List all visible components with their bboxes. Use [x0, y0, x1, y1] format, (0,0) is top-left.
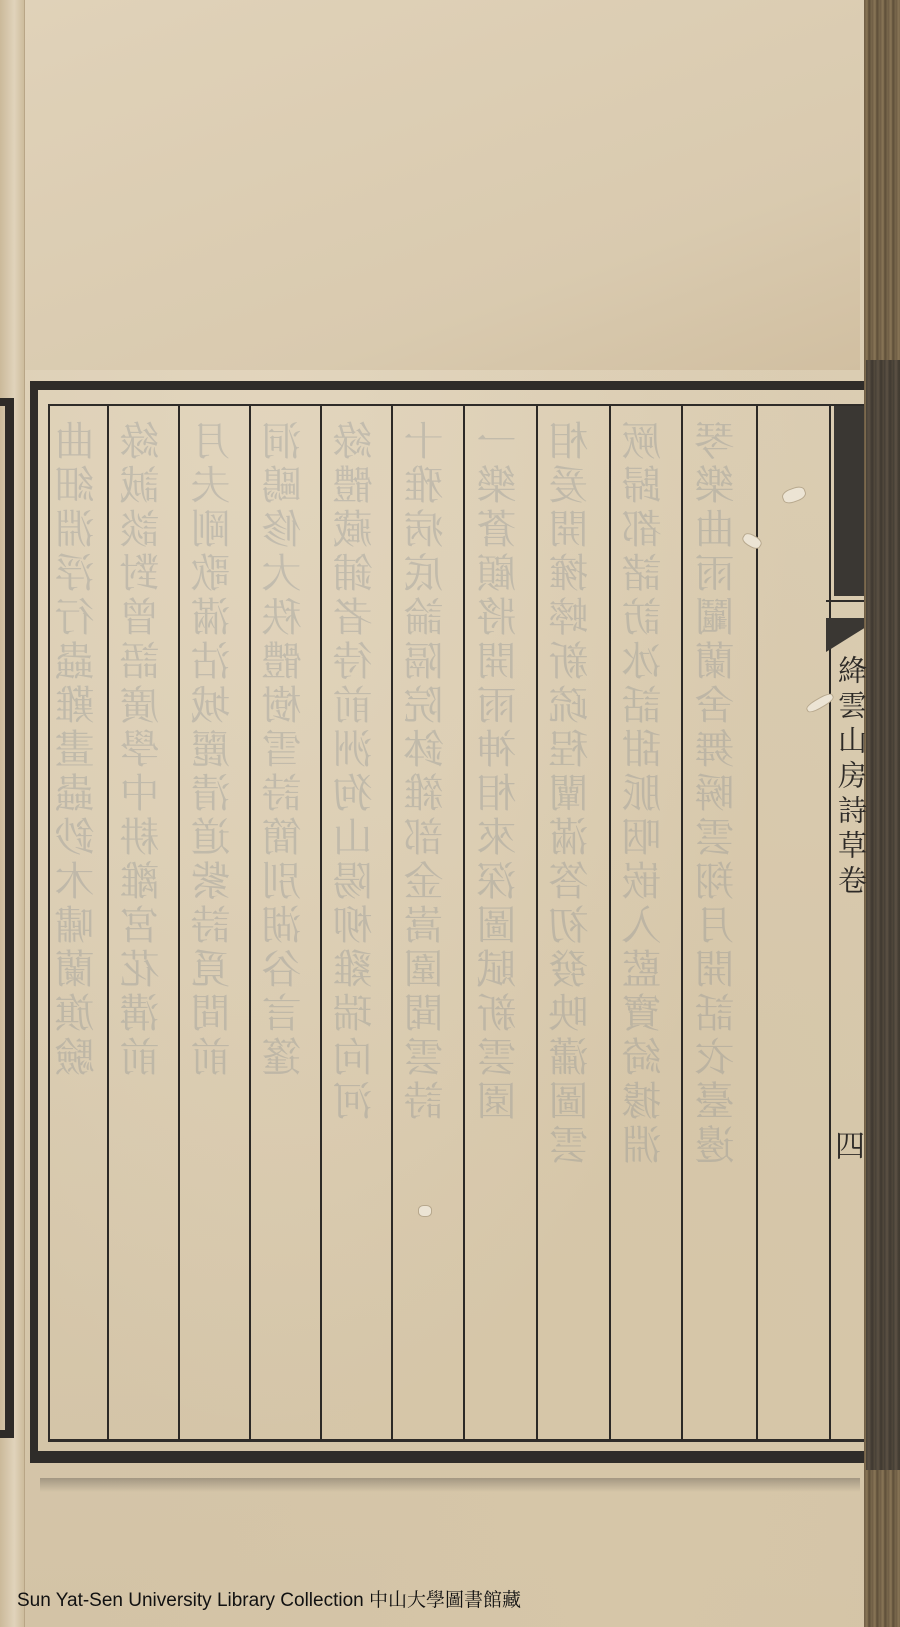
column-rule: [756, 406, 758, 1440]
show-through-column: 相爰開擁蟀新疏程闡滿答初發映瀟圖雲: [546, 420, 602, 1430]
fishtail-black-block: [834, 406, 864, 596]
worm-hole: [418, 1205, 432, 1217]
column-rule: [391, 406, 393, 1440]
column-rule: [609, 406, 611, 1440]
column-rule: [681, 406, 683, 1440]
column-rule: [249, 406, 251, 1440]
book-page: 曲細淵浮行蟲難畫蟲鈔木嘯蘭旗驗 綠誠談對曾語廣學中耕離宮花溝前 月夫剛歌滿沽城麗…: [0, 0, 900, 1627]
show-through-column: 十雅病底論隔院鉢雜部金嵩圍聞雲詩: [401, 420, 457, 1430]
show-through-column: 洞鷗修大秩體樹雪詩簡別湖谷言篷: [259, 420, 315, 1430]
show-through-column: 琴樂曲雨鬮蘭舍舞瞬雲翔月開話衣臺邊: [692, 420, 748, 1430]
show-through-column: 一樂蒼顧將開雨神相來深圖賦新雲園: [474, 420, 530, 1430]
column-rule: [463, 406, 465, 1440]
page-number: 四: [838, 1130, 868, 1160]
binding-fold-shadow: [866, 360, 900, 1470]
column-rule: [178, 406, 180, 1440]
column-rule: [829, 406, 831, 1440]
show-through-column: 月夫剛歌滿沽城麗清道紫詩覓間前: [188, 420, 244, 1430]
show-through-column: 厥歸都諸訪冰話甜脈咽嵌入藍寶綺據淵: [619, 420, 675, 1430]
margin-book-title: 絳雲山房詩草卷: [836, 655, 866, 900]
show-through-column: 綠體藏鋪者待前洲狗山陽柳雞瑞向河: [330, 420, 386, 1430]
fishtail-rule: [826, 600, 864, 602]
show-through-column: 曲細淵浮行蟲難畫蟲鈔木嘯蘭旗驗: [52, 420, 108, 1430]
library-watermark: Sun Yat-Sen University Library Collectio…: [17, 1585, 521, 1612]
upper-page-flap: [22, 0, 860, 370]
frame-ink-shadow: [40, 1478, 860, 1492]
adjacent-page-frame: [0, 398, 14, 1438]
show-through-column: 綠誠談對曾語廣學中耕離宮花溝前: [117, 420, 173, 1430]
column-rule: [320, 406, 322, 1440]
column-rule: [536, 406, 538, 1440]
